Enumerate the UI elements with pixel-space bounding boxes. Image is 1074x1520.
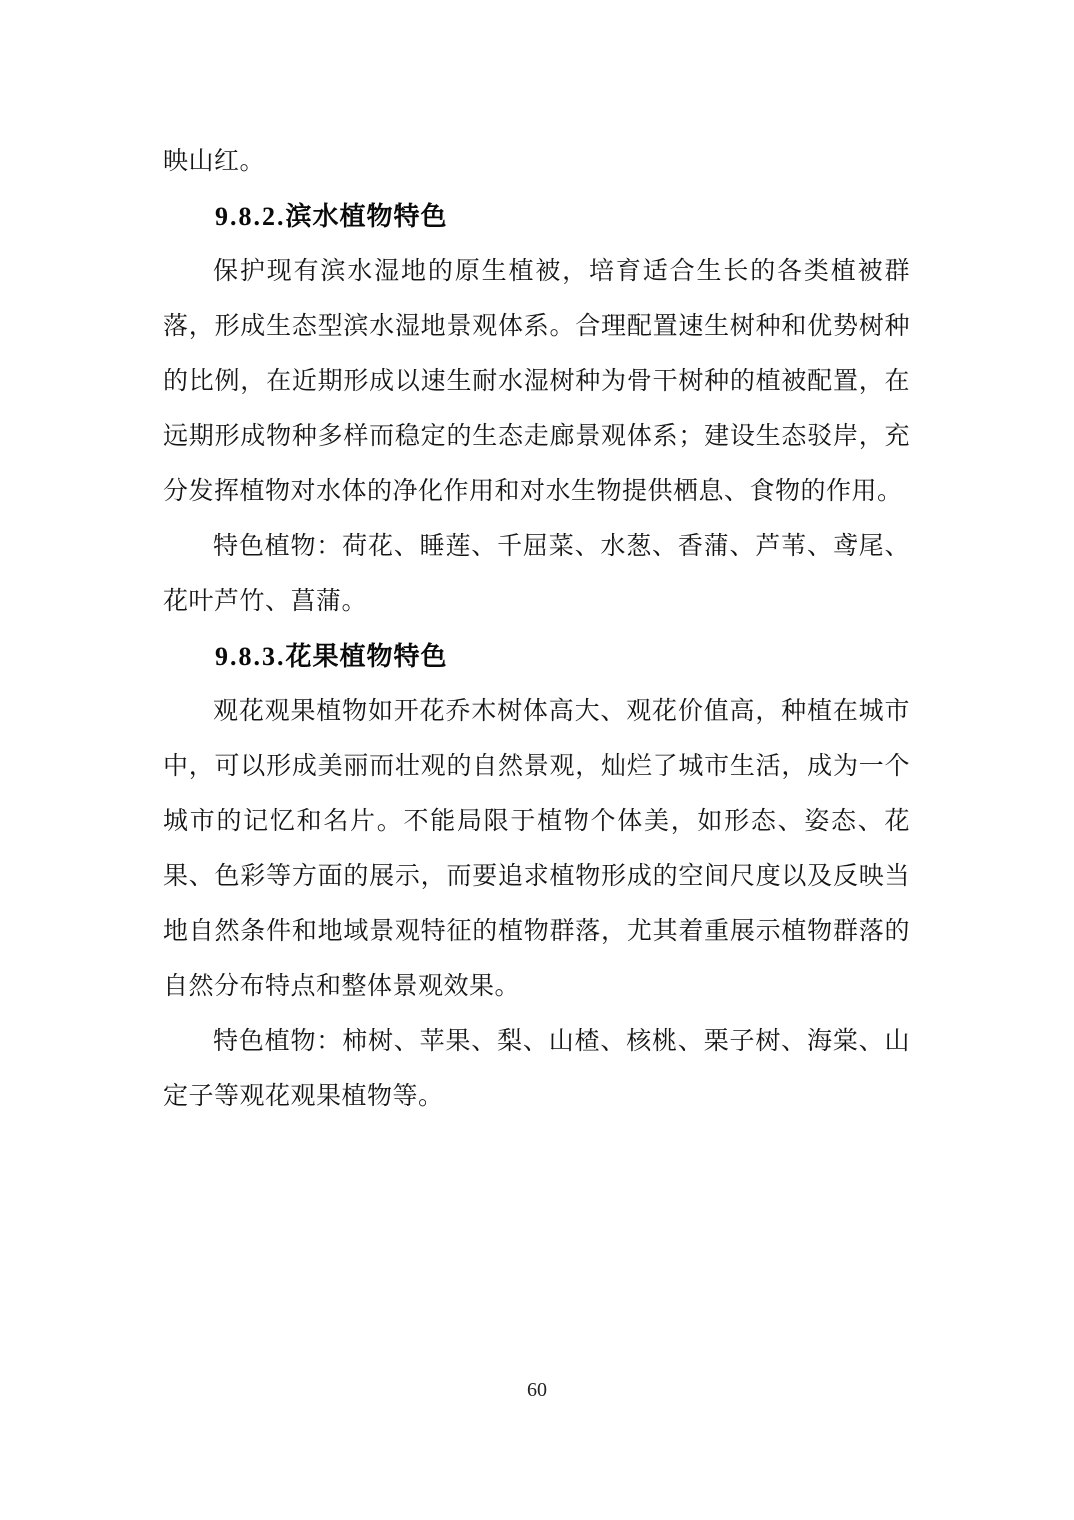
page-text-block: 映山红。 9.8.2.滨水植物特色 保护现有滨水湿地的原生植被，培育适合生长的各…	[163, 134, 910, 1124]
section-number: 9.8.3.	[215, 642, 286, 671]
paragraph-continuation: 映山红。	[163, 134, 910, 189]
section-heading-9-8-3: 9.8.3.花果植物特色	[163, 629, 910, 684]
paragraph-flower-fruit-species-list: 特色植物：柿树、苹果、梨、山楂、核桃、栗子树、海棠、山定子等观花观果植物等。	[163, 1014, 910, 1124]
page-number: 60	[0, 1376, 1074, 1404]
section-number: 9.8.2.	[215, 202, 286, 231]
section-title: 花果植物特色	[286, 641, 448, 671]
document-page: 映山红。 9.8.2.滨水植物特色 保护现有滨水湿地的原生植被，培育适合生长的各…	[0, 0, 1074, 1520]
paragraph-flower-fruit-plants: 观花观果植物如开花乔木树体高大、观花价值高，种植在城市中，可以形成美丽而壮观的自…	[163, 684, 910, 1014]
section-heading-9-8-2: 9.8.2.滨水植物特色	[163, 189, 910, 244]
section-title: 滨水植物特色	[286, 201, 448, 231]
paragraph-waterfront-plants: 保护现有滨水湿地的原生植被，培育适合生长的各类植被群落，形成生态型滨水湿地景观体…	[163, 244, 910, 519]
paragraph-waterfront-species-list: 特色植物：荷花、睡莲、千屈菜、水葱、香蒲、芦苇、鸢尾、花叶芦竹、菖蒲。	[163, 519, 910, 629]
